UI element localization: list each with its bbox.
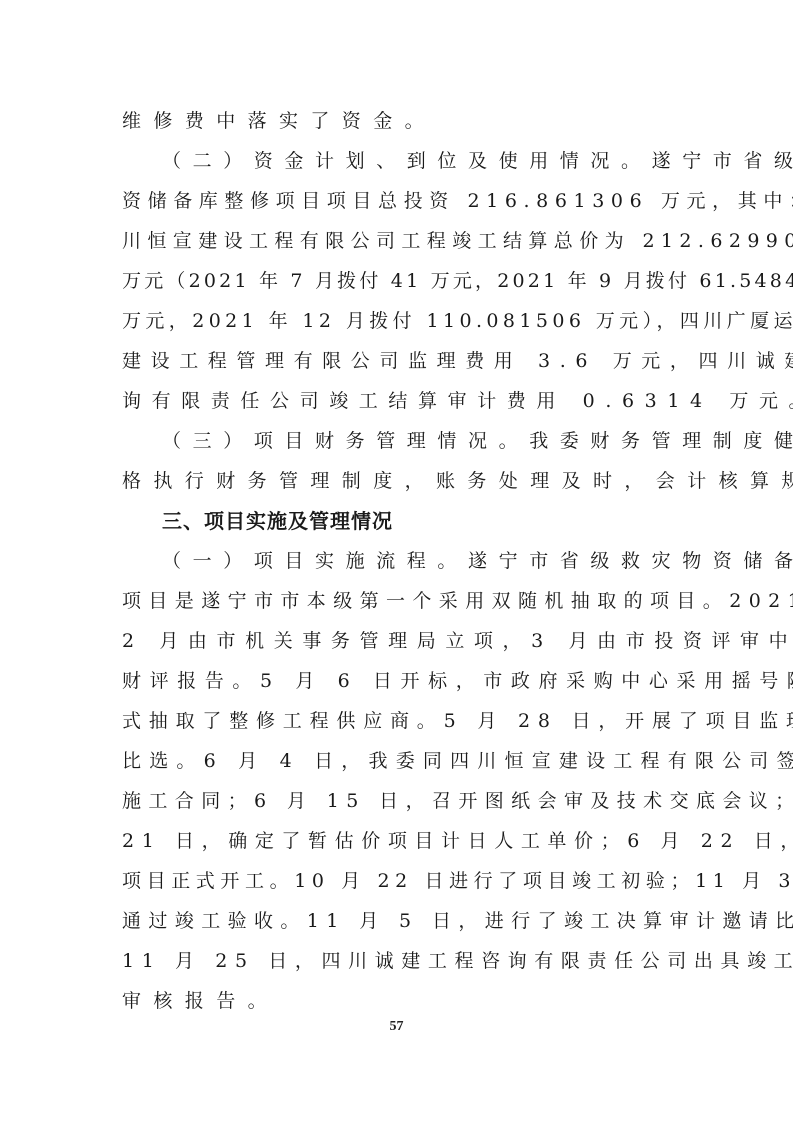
- paragraph-line: 维修费中落实了资金。: [122, 101, 674, 141]
- document-body: 维修费中落实了资金。 （二）资金计划、到位及使用情况。遂宁市省级救灾物 资储备库…: [122, 101, 674, 1021]
- paragraph-line: 比选。6 月 4 日，我委同四川恒宣建设工程有限公司签订了: [122, 741, 674, 781]
- document-page: 维修费中落实了资金。 （二）资金计划、到位及使用情况。遂宁市省级救灾物 资储备库…: [0, 0, 793, 1122]
- paragraph-line: 项目是遂宁市市本级第一个采用双随机抽取的项目。2021 年: [122, 581, 674, 621]
- paragraph-line: 施工合同；6 月 15 日，召开图纸会审及技术交底会议；6 月: [122, 781, 674, 821]
- paragraph-line: 项目正式开工。10 月 22 日进行了项目竣工初验；11 月 3 日: [122, 861, 674, 901]
- page-number: 57: [0, 1019, 793, 1035]
- paragraph-line: 建设工程管理有限公司监理费用 3.6 万元，四川诚建工程咨: [122, 341, 674, 381]
- paragraph-line: 21 日，确定了暂估价项目计日人工单价；6 月 22 日，整修: [122, 821, 674, 861]
- section-heading: 三、项目实施及管理情况: [122, 501, 674, 541]
- paragraph-line: 川恒宣建设工程有限公司工程竣工结算总价为 212.629906: [122, 221, 674, 261]
- paragraph-line: 格执行财务管理制度，账务处理及时，会计核算规范。: [122, 461, 674, 501]
- paragraph-line: 2 月由市机关事务管理局立项，3 月由市投资评审中心出具: [122, 621, 674, 661]
- paragraph-line: 资储备库整修项目项目总投资 216.861306 万元，其中：四: [122, 181, 674, 221]
- paragraph-line: 财评报告。5 月 6 日开标，市政府采购中心采用摇号随机方: [122, 661, 674, 701]
- paragraph-line: 通过竣工验收。11 月 5 日，进行了竣工决算审计邀请比选。: [122, 901, 674, 941]
- paragraph-line: 式抽取了整修工程供应商。5 月 28 日，开展了项目监理机构: [122, 701, 674, 741]
- paragraph-line: 审核报告。: [122, 981, 674, 1021]
- paragraph-line: 询有限责任公司竣工结算审计费用 0.6314 万元。: [122, 381, 674, 421]
- section-paragraph-implementation-process: （一）项目实施流程。遂宁市省级救灾物资储备库整修: [122, 541, 674, 581]
- paragraph-line: 万元（2021 年 7 月拨付 41 万元，2021 年 9 月拨付 61.54…: [122, 261, 674, 301]
- section-paragraph-financial-management: （三）项目财务管理情况。我委财务管理制度健全，严: [122, 421, 674, 461]
- paragraph-line: 万元，2021 年 12 月拨付 110.081506 万元），四川广厦运成: [122, 301, 674, 341]
- section-paragraph-funding-plan: （二）资金计划、到位及使用情况。遂宁市省级救灾物: [122, 141, 674, 181]
- paragraph-line: 11 月 25 日，四川诚建工程咨询有限责任公司出具竣工结算: [122, 941, 674, 981]
